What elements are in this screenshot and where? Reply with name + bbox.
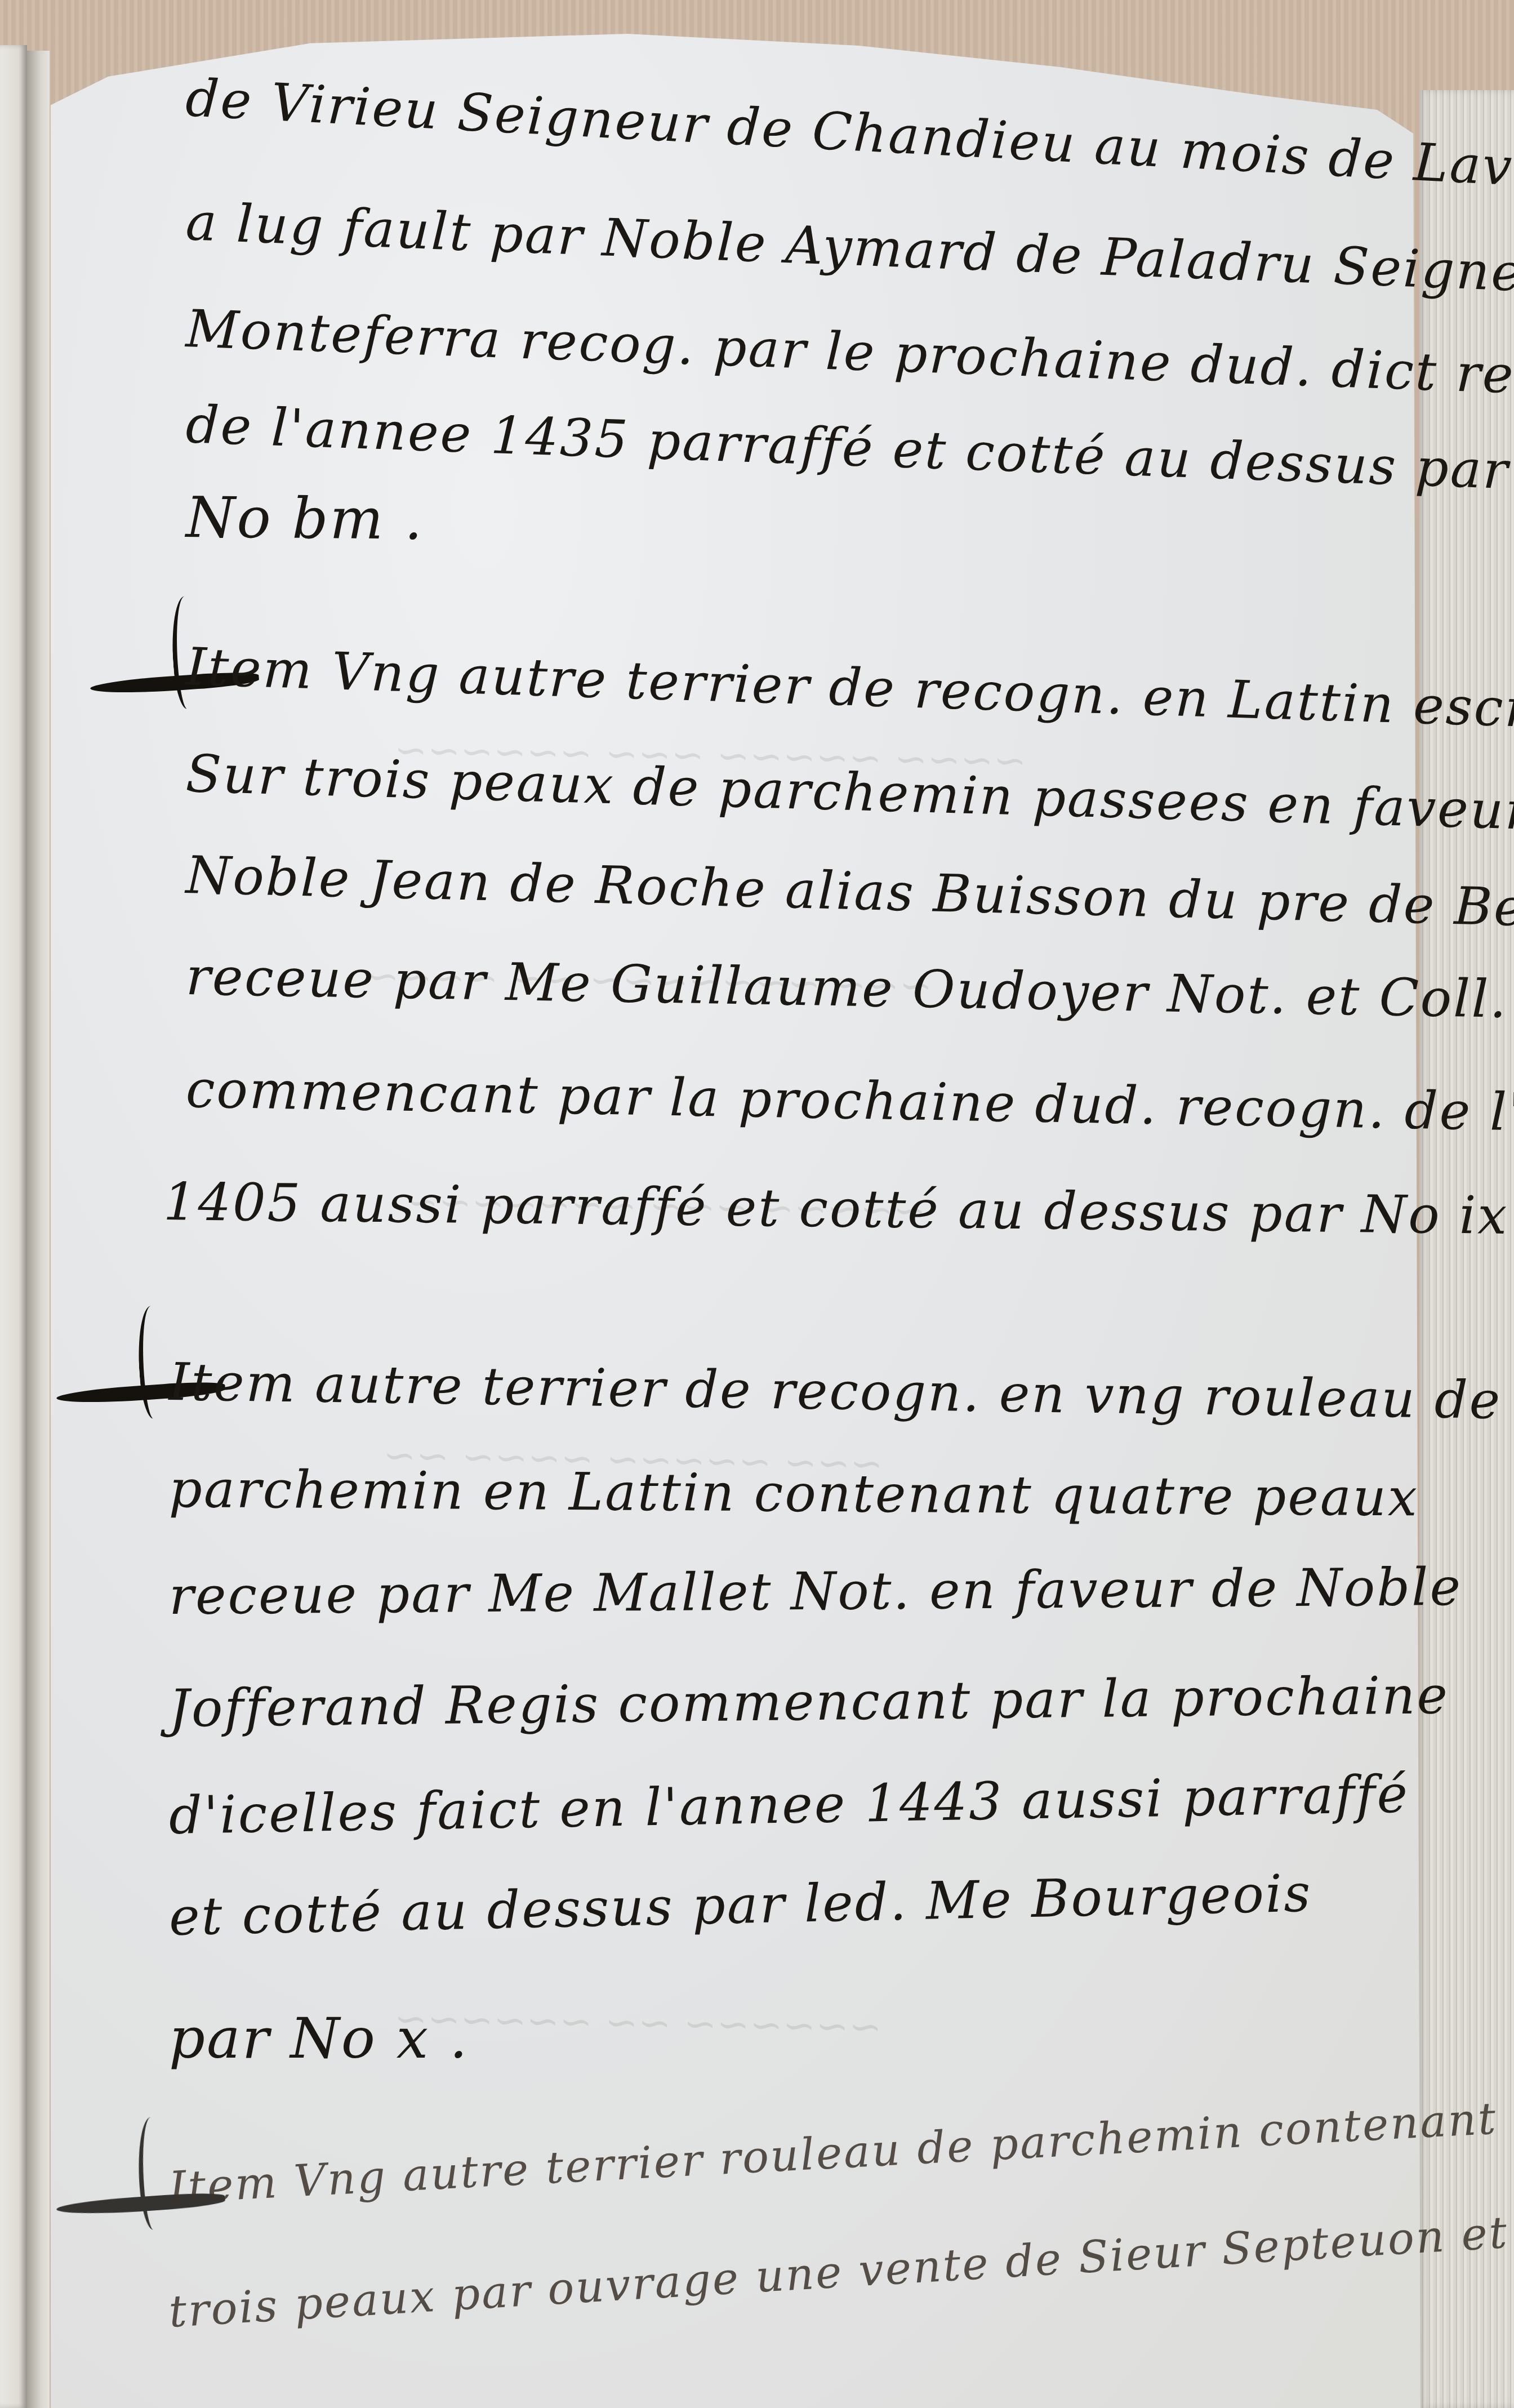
text-line: Item Vng autre terrier rouleau de parche… [168,2093,1499,2213]
text-line: Item autre terrier de recogn. en vng rou… [168,1352,1502,1431]
manuscript-text: de Virieu Seigneur de Chandieu au mois d… [0,0,1514,2408]
text-line: a lug fault par Noble Aymard de Paladru … [185,192,1514,309]
text-line: Item Vng autre terrier de recogn. en Lat… [185,637,1514,741]
text-line: d'icelles faict en l'annee 1443 aussi pa… [168,1764,1410,1846]
text-line: Sur trois peaux de parchemin passees en … [185,744,1514,844]
text-line: receue par Me Mallet Not. en faveur de N… [169,1557,1463,1626]
text-line: Monteferra recog. par le prochaine dud. … [185,299,1514,410]
text-line: et cotté au dessus par led. Me Bourgeois [168,1863,1313,1947]
text-line: Jofferand Regis commencant par la procha… [168,1665,1449,1739]
text-line: de Virieu Seigneur de Chandieu au mois d… [184,68,1514,203]
text-line: Noble Jean de Roche alias Buisson du pre… [185,845,1514,945]
text-line: commencant par la prochaine dud. recogn.… [185,1059,1514,1146]
folio-reference: par No x . [169,2005,469,2071]
text-line: trois peaux par ouvrage une vente de Sie… [167,2199,1514,2338]
text-line: 1405 aussi parraffé et cotté au dessus p… [163,1172,1514,1247]
text-line: parchemin en Lattin contenant quatre pea… [169,1459,1419,1528]
folio-reference: No bm . [185,484,424,553]
text-line: receue par Me Guillaume Oudoyer Not. et … [185,946,1508,1030]
text-line: de l'annee 1435 parraffé et cotté au des… [185,394,1511,501]
